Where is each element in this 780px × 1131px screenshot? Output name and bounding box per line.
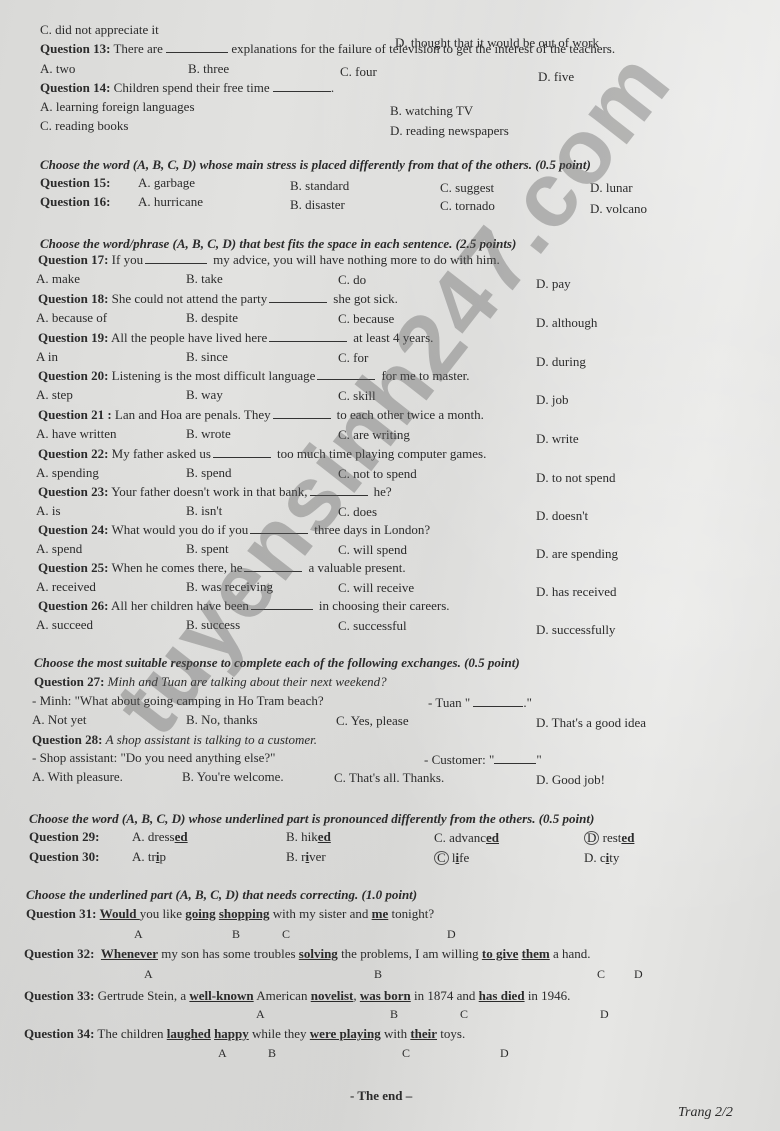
answer-blank: [473, 696, 523, 707]
question-context: A shop assistant is talking to a custome…: [106, 732, 317, 747]
option-letter: B.: [286, 849, 301, 864]
q19-option-b: B. since: [186, 349, 228, 364]
answer-blank: [166, 42, 228, 53]
option-marker-d: D: [600, 1007, 609, 1021]
q30-option-c: C life: [434, 850, 469, 865]
q20-option-c: C. skill: [338, 388, 376, 403]
q23-option-b: B. isn't: [186, 503, 222, 518]
question-label: Question 21 :: [38, 407, 112, 422]
q15-option-d: D. lunar: [590, 180, 633, 195]
q29-option-c: C. advanced: [434, 830, 499, 845]
underlined-part: were playing: [310, 1026, 381, 1041]
q14-option-a: A. learning foreign languages: [40, 99, 195, 114]
option-marker-d: D: [500, 1046, 509, 1060]
sentence-text: a hand.: [550, 946, 591, 961]
underlined-sound: ed: [175, 829, 188, 844]
q22-option-d: D. to not spend: [536, 470, 615, 485]
q15-option-b: B. standard: [290, 178, 349, 193]
question-text-before: All her children have been: [111, 598, 249, 613]
q20-option-d: D. job: [536, 392, 569, 407]
watermark: tuyensinh247.com: [95, 32, 692, 754]
underlined-sound: ed: [486, 830, 499, 845]
question-label: Question 23:: [38, 484, 108, 499]
section-instruction-correction: Choose the underlined part (A, B, C, D) …: [26, 887, 417, 902]
word-part: ty: [609, 850, 619, 865]
q21-option-a: A. have written: [36, 426, 117, 441]
q20-option-a: A. step: [36, 387, 73, 402]
answer-blank: [250, 523, 308, 534]
option-marker-c: C: [402, 1046, 410, 1060]
q27-line-a: - Minh: "What about going camping in Ho …: [32, 693, 324, 708]
q28-line-a: - Shop assistant: "Do you need anything …: [32, 750, 276, 765]
option-marker-a: A: [144, 967, 153, 981]
q25-option-d: D. has received: [536, 584, 617, 599]
question-text-after: too much time playing computer games.: [277, 446, 486, 461]
section-instruction-stress: Choose the word (A, B, C, D) whose main …: [40, 157, 591, 172]
circled-answer-mark: C: [434, 851, 449, 865]
answer-blank: [145, 253, 207, 264]
q18-option-c: C. because: [338, 311, 394, 326]
question-label: Question 19:: [38, 330, 108, 345]
question-text-before: She could not attend the party: [112, 291, 268, 306]
dialog-close-quote: ": [536, 752, 541, 767]
sentence-text: The children: [94, 1026, 166, 1041]
answer-blank: [269, 292, 327, 303]
q14-option-c: C. reading books: [40, 118, 128, 133]
question-text-before: All the people have lived here: [111, 330, 267, 345]
question-text-after: he?: [374, 484, 392, 499]
word-part: l: [449, 850, 456, 865]
q15-option-a: A. garbage: [138, 175, 195, 190]
word-part: advanc: [449, 830, 486, 845]
q17-option-b: B. take: [186, 271, 223, 286]
option-marker-c: C: [460, 1007, 468, 1021]
q27-option-d: D. That's a good idea: [536, 715, 646, 730]
option-marker-c: C: [282, 927, 290, 941]
q30-option-a: A. trip: [132, 849, 166, 864]
sentence-text: toys.: [437, 1026, 465, 1041]
dialog-close-quote: .": [523, 695, 532, 710]
sentence-text: the problems, I am willing: [338, 946, 482, 961]
word-part: p: [159, 849, 166, 864]
question-34: Question 34: The children laughed happy …: [24, 1026, 465, 1041]
question-text-before: Lan and Hoa are penals. They: [115, 407, 271, 422]
answer-blank: [269, 331, 347, 342]
q23-option-a: A. is: [36, 503, 61, 518]
question-text-after: she got sick.: [333, 291, 398, 306]
question-18: Question 18: She could not attend the pa…: [38, 291, 398, 306]
question-label: Question 26:: [38, 598, 108, 613]
question-26: Question 26: All her children have beeni…: [38, 598, 450, 613]
underlined-part: laughed: [167, 1026, 211, 1041]
question-text-after: explanations for the failure of televisi…: [231, 41, 615, 56]
q26-option-a: A. succeed: [36, 617, 93, 632]
underlined-part: to give: [482, 946, 518, 961]
question-13: Question 13: There are explanations for …: [40, 41, 615, 56]
question-text-before: Your father doesn't work in that bank,: [111, 484, 307, 499]
q13-option-c: C. four: [340, 64, 377, 79]
sentence-text: with my sister and: [269, 906, 371, 921]
q30-option-b: B. river: [286, 849, 326, 864]
underlined-part: their: [410, 1026, 437, 1041]
dialog-speaker: - Tuan ": [428, 695, 470, 710]
q12-option-c: C. did not appreciate it: [40, 22, 159, 37]
question-label: Question 20:: [38, 368, 108, 383]
q27-option-b: B. No, thanks: [186, 712, 258, 727]
q29-option-a: A. dressed: [132, 829, 188, 844]
sentence-text: in 1874 and: [411, 988, 479, 1003]
q25-option-a: A. received: [36, 579, 96, 594]
q19-option-c: C. for: [338, 350, 368, 365]
question-text-before: If you: [112, 252, 143, 267]
question-32: Question 32: Whenever my son has some tr…: [24, 946, 591, 961]
sentence-text: American: [254, 988, 311, 1003]
question-text-before: What would you do if you: [111, 522, 248, 537]
question-context: Minh and Tuan are talking about their ne…: [108, 674, 387, 689]
q18-option-a: A. because of: [36, 310, 107, 325]
question-label: Question 18:: [38, 291, 108, 306]
question-text-before: There are: [113, 41, 162, 56]
q28-option-b: B. You're welcome.: [182, 769, 284, 784]
q18-option-b: B. despite: [186, 310, 238, 325]
q28-option-c: C. That's all. Thanks.: [334, 770, 444, 785]
q29-label: Question 29:: [29, 829, 99, 844]
underlined-part: well-known: [189, 988, 253, 1003]
question-25: Question 25: When he comes there, hea va…: [38, 560, 406, 575]
sentence-text: Gertrude Stein, a: [94, 988, 189, 1003]
q29-option-b: B. hiked: [286, 829, 331, 844]
option-letter: A.: [132, 829, 148, 844]
question-text-after: for me to master.: [381, 368, 469, 383]
q15-option-c: C. suggest: [440, 180, 494, 195]
question-text-after: three days in London?: [314, 522, 430, 537]
q21-option-b: B. wrote: [186, 426, 231, 441]
question-22: Question 22: My father asked ustoo much …: [38, 446, 486, 461]
q30-label: Question 30:: [29, 849, 99, 864]
q28-option-a: A. With pleasure.: [32, 769, 123, 784]
option-marker-d: D: [634, 967, 643, 981]
question-31: Question 31: Would you like going shoppi…: [26, 906, 434, 921]
question-label: Question 25:: [38, 560, 108, 575]
q28-option-d: D. Good job!: [536, 772, 605, 787]
answer-blank: [317, 369, 375, 380]
q18-option-d: D. although: [536, 315, 597, 330]
q17-option-a: A. make: [36, 271, 80, 286]
option-letter: B.: [286, 829, 301, 844]
q26-option-c: C. successful: [338, 618, 407, 633]
question-label: Question 33:: [24, 988, 94, 1003]
q14-option-b: B. watching TV: [390, 103, 473, 118]
question-20: Question 20: Listening is the most diffi…: [38, 368, 470, 383]
q15-label: Question 15:: [40, 175, 110, 190]
q28-line-b: - Customer: "": [424, 752, 542, 767]
q16-option-c: C. tornado: [440, 198, 495, 213]
section-instruction-fill: Choose the word/phrase (A, B, C, D) that…: [40, 236, 516, 251]
section-instruction-pronunciation: Choose the word (A, B, C, D) whose under…: [29, 811, 594, 826]
word-part: hik: [301, 829, 318, 844]
q16-option-b: B. disaster: [290, 197, 345, 212]
option-marker-a: A: [134, 927, 143, 941]
word-part: rest: [599, 830, 621, 845]
answer-blank: [273, 81, 331, 92]
answer-blank: [244, 561, 302, 572]
q23-option-c: C. does: [338, 504, 377, 519]
answer-blank: [310, 485, 368, 496]
question-text-after: a valuable present.: [308, 560, 405, 575]
question-text-after: my advice, you will have nothing more to…: [213, 252, 500, 267]
underlined-part: solving: [299, 946, 338, 961]
q22-option-b: B. spend: [186, 465, 232, 480]
word-part: fe: [459, 850, 469, 865]
q27-option-a: A. Not yet: [32, 712, 87, 727]
q21-option-d: D. write: [536, 431, 579, 446]
question-label: Question 27:: [34, 674, 104, 689]
q22-option-a: A. spending: [36, 465, 99, 480]
q22-option-c: C. not to spend: [338, 466, 417, 481]
q21-option-c: C. are writing: [338, 427, 410, 442]
word-part: ver: [309, 849, 326, 864]
q24-option-b: B. spent: [186, 541, 229, 556]
sentence-text: you like: [140, 906, 186, 921]
q27-line-b: - Tuan " .": [428, 695, 532, 710]
q17-option-c: C. do: [338, 272, 366, 287]
question-label: Question 34:: [24, 1026, 94, 1041]
sentence-text: in 1946.: [525, 988, 571, 1003]
circled-answer-mark: D: [584, 831, 599, 845]
underlined-part: shopping: [219, 906, 270, 921]
option-marker-b: B: [374, 967, 382, 981]
section-instruction-response: Choose the most suitable response to com…: [34, 655, 520, 670]
question-19: Question 19: All the people have lived h…: [38, 330, 433, 345]
question-label: Question 24:: [38, 522, 108, 537]
q13-option-b: B. three: [188, 61, 229, 76]
q26-option-d: D. successfully: [536, 622, 615, 637]
underlined-part: Whenever: [101, 946, 158, 961]
underlined-sound: ed: [621, 830, 634, 845]
q16-option-d: D. volcano: [590, 201, 647, 216]
q20-option-b: B. way: [186, 387, 223, 402]
q16-option-a: A. hurricane: [138, 194, 203, 209]
option-marker-b: B: [390, 1007, 398, 1021]
question-text-after: at least 4 years.: [353, 330, 433, 345]
question-text-after: to each other twice a month.: [337, 407, 484, 422]
q30-option-d: D. city: [584, 850, 619, 865]
underlined-part: novelist: [311, 988, 354, 1003]
question-label: Question 31:: [26, 906, 96, 921]
option-marker-b: B: [268, 1046, 276, 1060]
q16-label: Question 16:: [40, 194, 110, 209]
question-label: Question 32:: [24, 946, 94, 961]
q14-option-d: D. reading newspapers: [390, 123, 509, 138]
word-part: dress: [148, 829, 175, 844]
question-17: Question 17: If youmy advice, you will h…: [38, 252, 500, 267]
option-marker-a: A: [218, 1046, 227, 1060]
option-letter: C.: [434, 830, 449, 845]
underlined-part: Would: [100, 906, 140, 921]
question-text-before: Listening is the most difficult language: [112, 368, 316, 383]
underlined-part: going: [185, 906, 215, 921]
page-number: Trang 2/2: [678, 1105, 733, 1121]
question-23: Question 23: Your father doesn't work in…: [38, 484, 392, 499]
q26-option-b: B. success: [186, 617, 240, 632]
q13-option-d: D. five: [538, 69, 574, 84]
question-label: Question 17:: [38, 252, 108, 267]
option-marker-b: B: [232, 927, 240, 941]
question-text-after: .: [331, 80, 334, 95]
dialog-speaker: - Customer: ": [424, 752, 494, 767]
q25-option-c: C. will receive: [338, 580, 414, 595]
answer-blank: [494, 753, 536, 764]
question-21: Question 21 : Lan and Hoa are penals. Th…: [38, 407, 484, 422]
sentence-text: my son has some troubles: [158, 946, 299, 961]
answer-blank: [273, 408, 331, 419]
sentence-text: tonight?: [388, 906, 434, 921]
sentence-text: while they: [249, 1026, 310, 1041]
question-24: Question 24: What would you do if youthr…: [38, 522, 430, 537]
question-14: Question 14: Children spend their free t…: [40, 80, 334, 95]
question-label: Question 13:: [40, 41, 110, 56]
underlined-part: happy: [214, 1026, 249, 1041]
question-label: Question 14:: [40, 80, 110, 95]
q24-option-c: C. will spend: [338, 542, 407, 557]
exam-page: C. did not appreciate it D. thought that…: [0, 0, 780, 1131]
question-text-after: in choosing their careers.: [319, 598, 450, 613]
q24-option-d: D. are spending: [536, 546, 618, 561]
q17-option-d: D. pay: [536, 276, 571, 291]
underlined-part: them: [522, 946, 550, 961]
q13-option-a: A. two: [40, 61, 75, 76]
q27-option-c: C. Yes, please: [336, 713, 409, 728]
q19-option-d: D. during: [536, 354, 586, 369]
option-marker-d: D: [447, 927, 456, 941]
end-marker: - The end –: [350, 1088, 412, 1104]
question-text-before: When he comes there, he: [111, 560, 242, 575]
underlined-part: was born: [360, 988, 411, 1003]
sentence-text: with: [381, 1026, 411, 1041]
question-28: Question 28: A shop assistant is talking…: [32, 732, 317, 747]
underlined-sound: ed: [318, 829, 331, 844]
option-marker-c: C: [597, 967, 605, 981]
question-text-before: Children spend their free time: [114, 80, 270, 95]
underlined-part: has died: [479, 988, 525, 1003]
question-33: Question 33: Gertrude Stein, a well-know…: [24, 988, 570, 1003]
question-label: Question 22:: [38, 446, 108, 461]
question-label: Question 28:: [32, 732, 102, 747]
word-part: tr: [148, 849, 156, 864]
option-letter: A.: [132, 849, 148, 864]
q23-option-d: D. doesn't: [536, 508, 588, 523]
question-text-before: My father asked us: [112, 446, 211, 461]
q25-option-b: B. was receiving: [186, 579, 273, 594]
option-letter: D.: [584, 850, 600, 865]
answer-blank: [251, 599, 313, 610]
question-27: Question 27: Minh and Tuan are talking a…: [34, 674, 387, 689]
underlined-part: me: [372, 906, 389, 921]
option-marker-a: A: [256, 1007, 265, 1021]
q24-option-a: A. spend: [36, 541, 82, 556]
q19-option-a: A in: [36, 349, 58, 364]
q29-option-d: D rested: [584, 830, 634, 845]
answer-blank: [213, 447, 271, 458]
